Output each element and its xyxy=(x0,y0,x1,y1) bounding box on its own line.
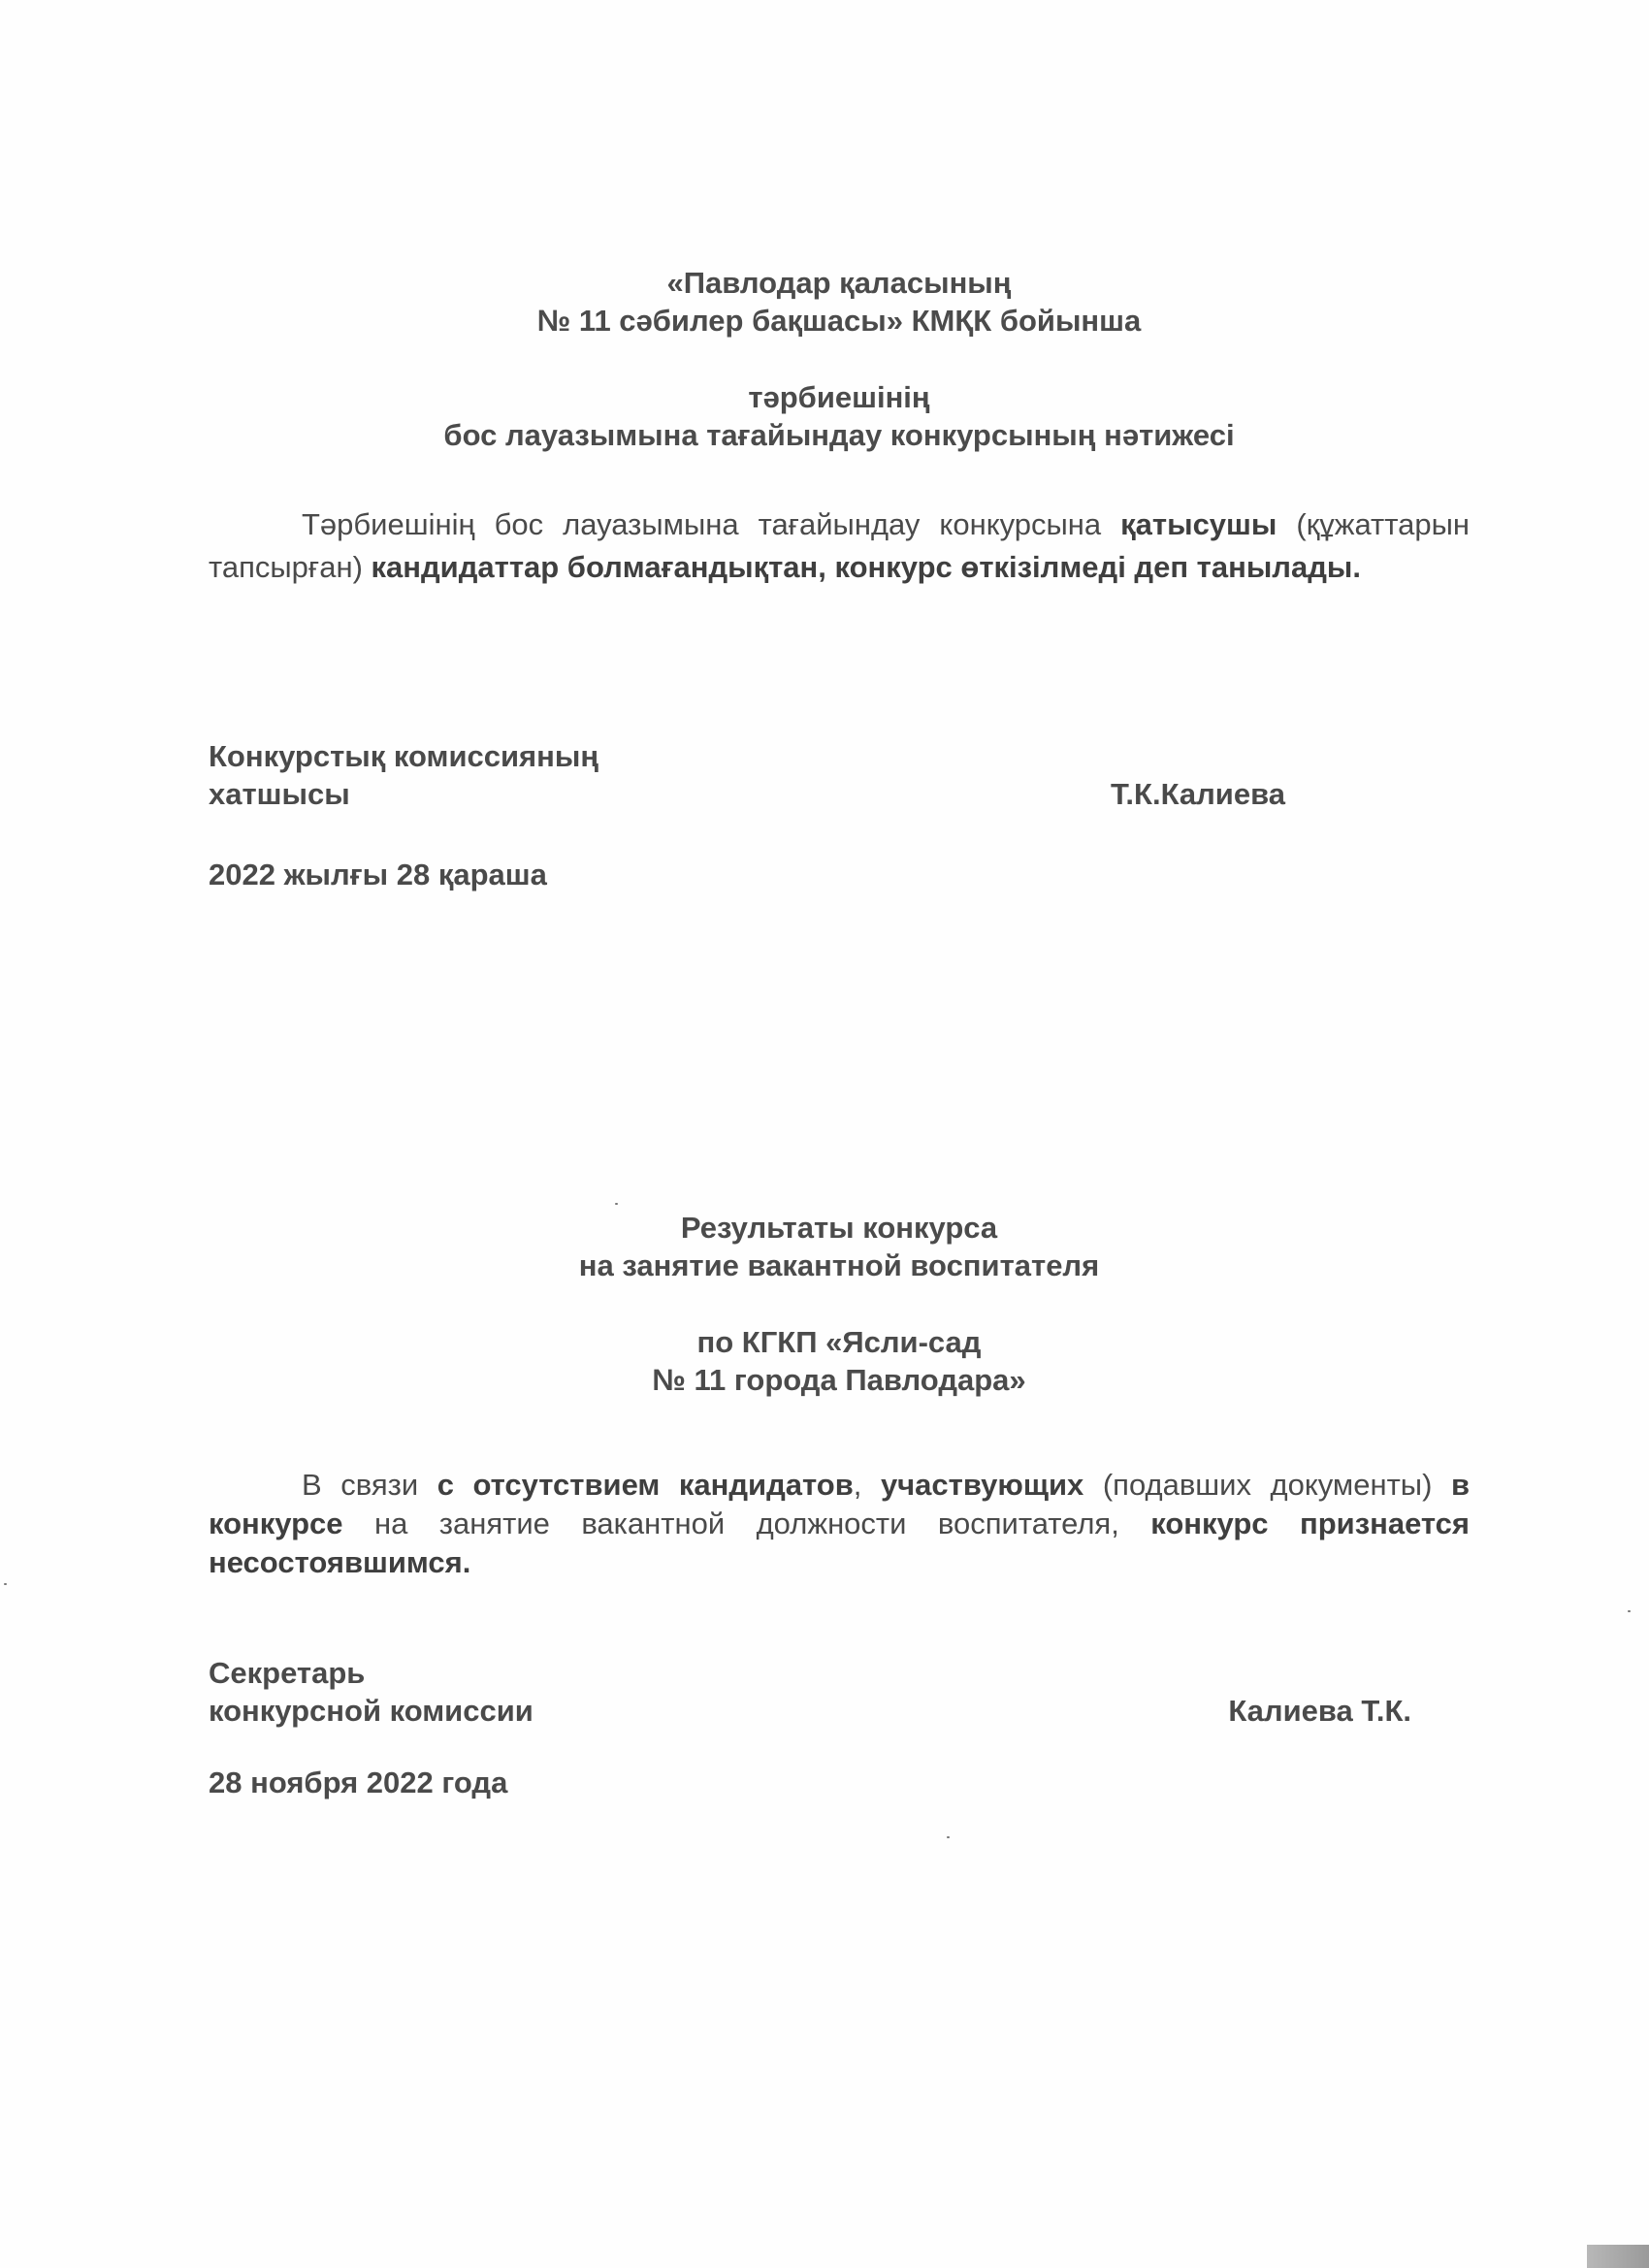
kazakh-body-bold-2: кандидаттар болмағандықтан, конкурс өткі… xyxy=(372,550,1362,584)
scan-speck xyxy=(4,1583,7,1585)
scanned-document-page: «Павлодар қаласының № 11 сәбилер бақшасы… xyxy=(0,0,1649,2268)
russian-org-line-1: по КГКП «Ясли-сад xyxy=(209,1323,1470,1361)
russian-title-line-1: Результаты конкурса xyxy=(209,1209,1470,1247)
russian-heading-block: Результаты конкурса на занятие вакантной… xyxy=(209,1209,1470,1399)
kazakh-body-bold-1: қатысушы xyxy=(1120,507,1277,541)
scan-speck xyxy=(1628,1610,1631,1612)
russian-body-text-3: (подавших документы) xyxy=(1083,1468,1451,1502)
scan-speck xyxy=(947,1836,950,1838)
kazakh-heading-block: «Павлодар қаласының № 11 сәбилер бақшасы… xyxy=(209,264,1470,454)
russian-signature-block: Секретарь конкурсной комиссии Калиева Т.… xyxy=(209,1654,1411,1730)
russian-body-text-2: , xyxy=(854,1468,881,1502)
kazakh-signer-title-line-2: хатшысы xyxy=(209,775,598,813)
russian-date: 28 ноября 2022 года xyxy=(209,1764,1470,1801)
russian-body-text-1: В связи xyxy=(302,1468,437,1502)
russian-signer-title-line-1: Секретарь xyxy=(209,1654,533,1692)
russian-result-paragraph: В связи с отсутствием кандидатов, участв… xyxy=(209,1466,1470,1582)
kazakh-org-title-line-1: «Павлодар қаласының xyxy=(209,264,1470,302)
kazakh-subtitle-line-1: тәрбиешінің xyxy=(209,378,1470,416)
kazakh-org-title-line-2: № 11 сәбилер бақшасы» КМҚК бойынша xyxy=(209,302,1470,340)
russian-body-block: В связи с отсутствием кандидатов, участв… xyxy=(209,1466,1470,1582)
kazakh-signature-block: Конкурстық комиссияның хатшысы Т.К.Калие… xyxy=(209,737,1285,813)
russian-body-bold-2: участвующих xyxy=(881,1468,1083,1502)
kazakh-body-text-1: Тәрбиешінің бос лауазымына тағайындау ко… xyxy=(302,507,1120,541)
kazakh-signer-title-line-1: Конкурстық комиссияның xyxy=(209,737,598,775)
kazakh-subtitle-line-2: бос лауазымына тағайындау конкурсының нә… xyxy=(209,416,1470,454)
scan-edge-artifact xyxy=(1587,2245,1649,2268)
russian-date-block: 28 ноября 2022 года xyxy=(209,1764,1470,1801)
scan-speck xyxy=(615,1203,618,1205)
russian-signature-row: Секретарь конкурсной комиссии Калиева Т.… xyxy=(209,1654,1411,1730)
kazakh-body-block: Тәрбиешінің бос лауазымына тағайындау ко… xyxy=(209,503,1470,589)
kazakh-result-paragraph: Тәрбиешінің бос лауазымына тағайындау ко… xyxy=(209,503,1470,589)
russian-body-bold-1: с отсутствием кандидатов xyxy=(437,1468,854,1502)
russian-signer-title-line-2: конкурсной комиссии xyxy=(209,1692,533,1730)
russian-title-line-2: на занятие вакантной воспитателя xyxy=(209,1247,1470,1284)
russian-signer-name: Калиева Т.К. xyxy=(1228,1692,1411,1730)
russian-org-line-2: № 11 города Павлодара» xyxy=(209,1361,1470,1399)
kazakh-date: 2022 жылғы 28 қараша xyxy=(209,856,1470,893)
kazakh-signature-row: Конкурстық комиссияның хатшысы Т.К.Калие… xyxy=(209,737,1285,813)
russian-body-text-4: на занятие вакантной должности воспитате… xyxy=(343,1507,1151,1540)
kazakh-date-block: 2022 жылғы 28 қараша xyxy=(209,856,1470,893)
kazakh-signer-name: Т.К.Калиева xyxy=(1111,775,1285,813)
